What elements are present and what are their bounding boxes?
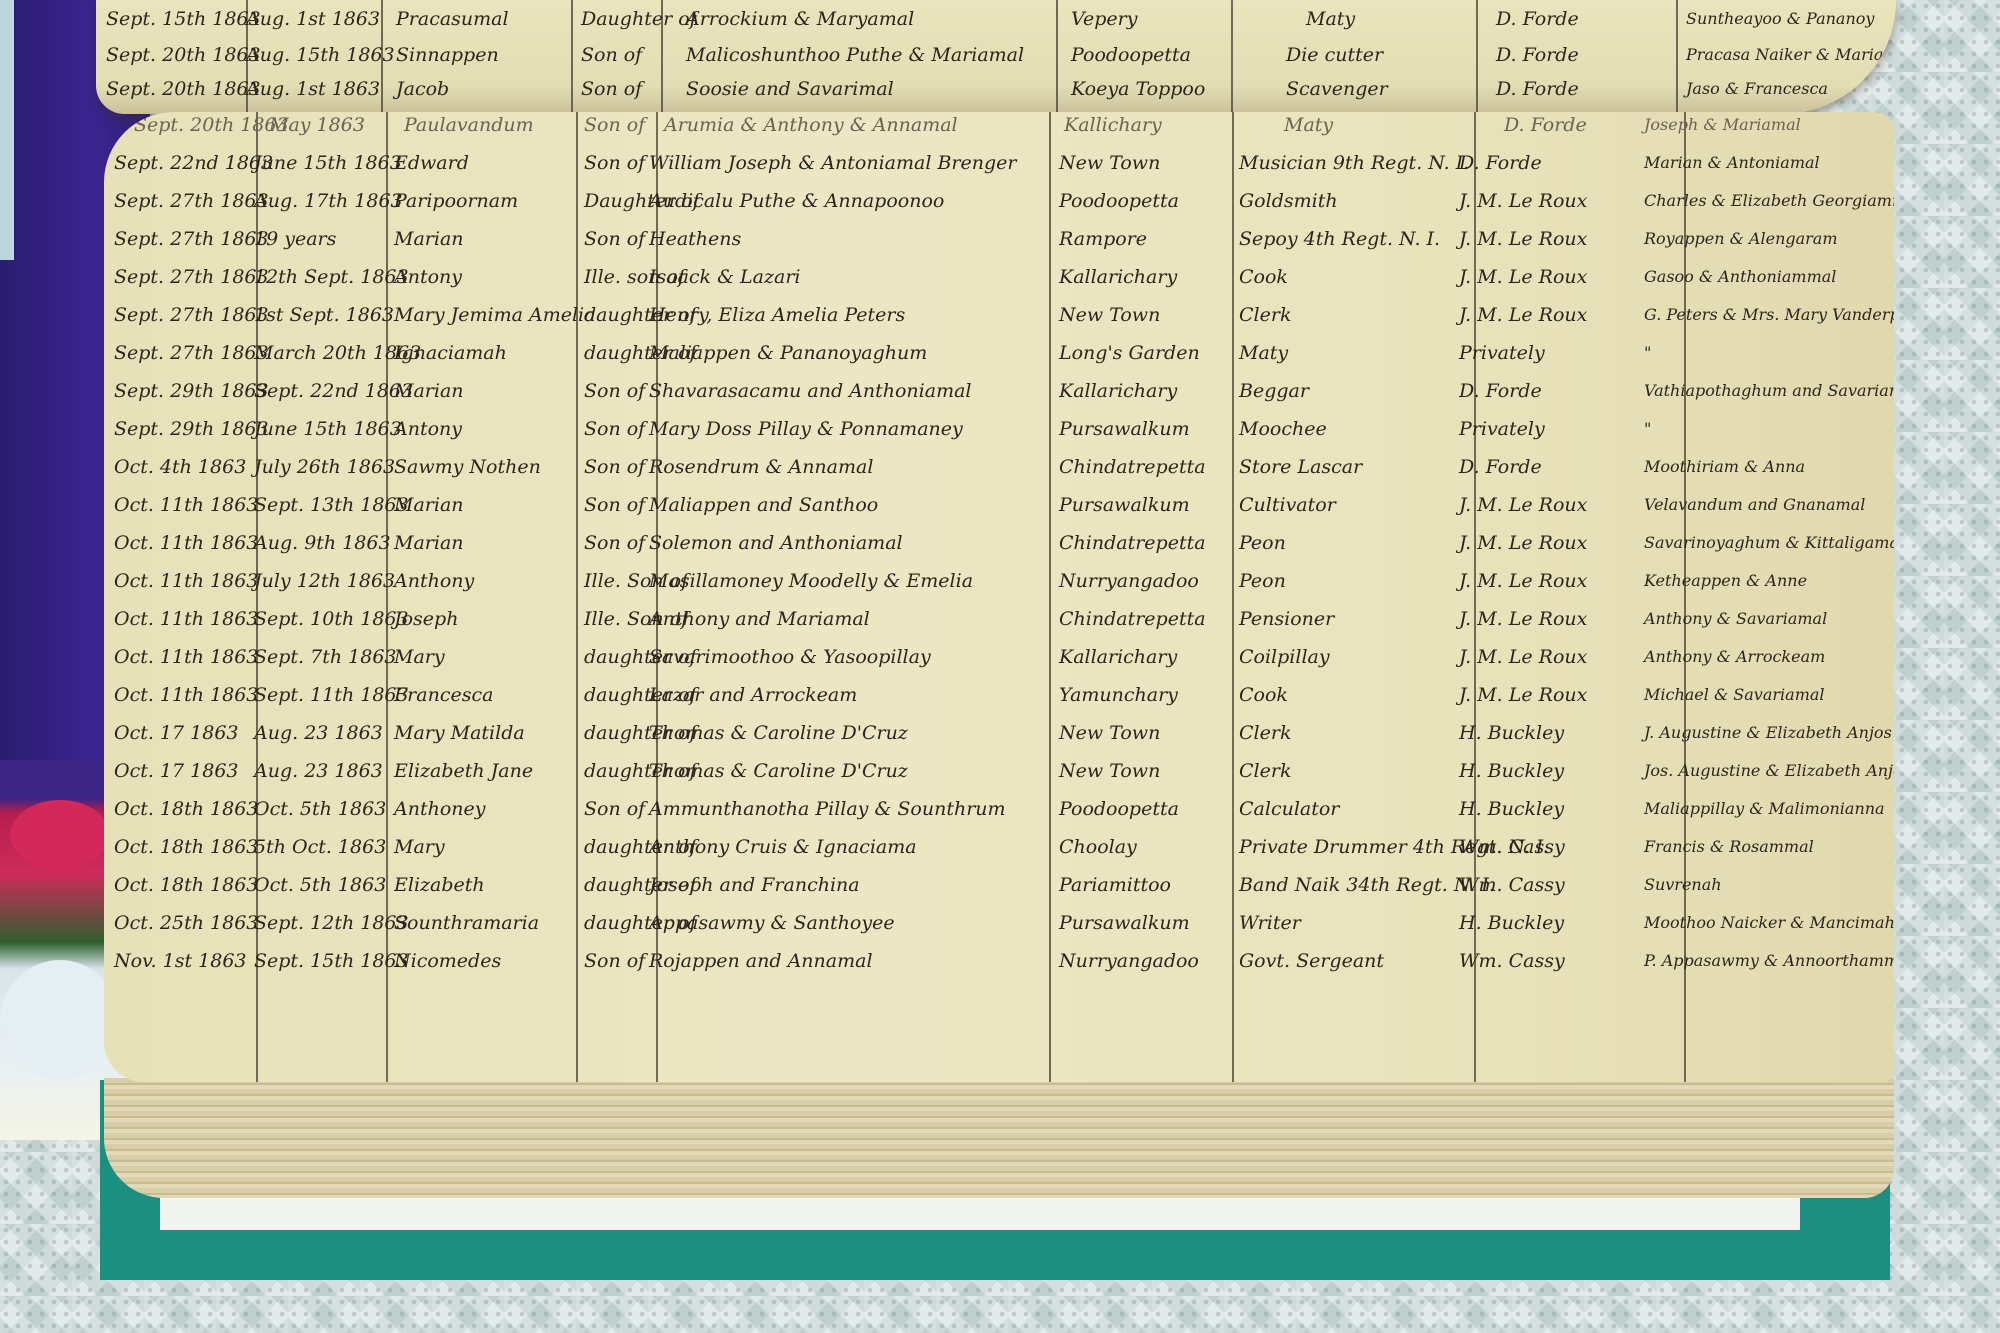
minister: J. M. Le Roux [1459,260,1587,294]
parents-names: Solemon and Anthoniamal [649,526,903,560]
abode: Poodoopetta [1059,184,1179,218]
baptism-date: Sept. 20th 1863 [106,72,261,106]
sponsors: Jaso & Francesca [1686,72,1828,106]
abode: Chindatrepetta [1059,450,1206,484]
baptism-date: Oct. 17 1863 [114,754,239,788]
parents-names: Isaack & Lazari [649,260,801,294]
abode: Choolay [1059,830,1137,864]
pink-flower-icon [10,800,110,870]
baptism-date: Oct. 11th 1863 [114,640,258,674]
trade: Coilpillay [1239,640,1330,674]
register-row: Sept. 20th 1863 Aug. 15th 1863 Sinnappen… [96,38,1896,72]
child-name: Joseph [394,602,458,636]
child-name: Mary Jemima Amelia [394,298,595,332]
relation: Daughter of [581,2,697,36]
sponsors: " [1644,412,1651,446]
relation: Son of [584,944,645,978]
minister: H. Buckley [1459,716,1564,750]
parents-names: Malicoshunthoo Puthe & Mariamal [686,38,1024,72]
sponsors: Suvrenah [1644,868,1722,902]
register-row: Oct. 11th 1863 Sept. 10th 1863 Joseph Il… [104,602,1894,636]
register-row: Sept. 20th 1863 Aug. 1st 1863 Jacob Son … [96,72,1896,106]
abode: New Town [1059,754,1160,788]
minister: J. M. Le Roux [1459,298,1587,332]
register-row: Sept. 22nd 1863 June 15th 1863 Edward So… [104,146,1894,180]
baptism-date: Oct. 11th 1863 [114,488,258,522]
register-row: Oct. 11th 1863 Sept. 11th 1863 Francesca… [104,678,1894,712]
relation: Son of [584,412,645,446]
child-name: Ignaciamah [394,336,507,370]
register-row: Oct. 11th 1863 Sept. 7th 1863 Mary daugh… [104,640,1894,674]
minister: J. M. Le Roux [1459,184,1587,218]
parents-names: Ammunthanotha Pillay & Sounthrum [649,792,1006,826]
abode: Kallichary [1064,112,1162,142]
baptism-date: Oct. 11th 1863 [114,564,258,598]
baptism-date: Oct. 17 1863 [114,716,239,750]
register-row: Sept. 27th 1863 Aug. 17th 1863 Paripoorn… [104,184,1894,218]
minister: Privately [1459,336,1545,370]
parents-names: Shavarasacamu and Anthoniamal [649,374,972,408]
baptism-date: Sept. 27th 1863 [114,298,269,332]
book-page-edges [104,1078,1894,1198]
minister: J. M. Le Roux [1459,640,1587,674]
child-name: Elizabeth [394,868,485,902]
minister: D. Forde [1504,112,1587,142]
parents-names: Mary Doss Pillay & Ponnamaney [649,412,963,446]
register-row: Oct. 11th 1863 Aug. 9th 1863 Marian Son … [104,526,1894,560]
white-flower-icon [0,960,120,1080]
child-name: Francesca [394,678,493,712]
birth-date: Aug. 17th 1863 [254,184,403,218]
child-name: Sounthramaria [394,906,539,940]
birth-date: 19 years [254,222,336,256]
abode: Yamunchary [1059,678,1178,712]
register-row: Oct. 11th 1863 July 12th 1863 Anthony Il… [104,564,1894,598]
baptism-date: Oct. 4th 1863 [114,450,246,484]
baptism-date: Sept. 29th 1863 [114,374,269,408]
sponsors: Joseph & Mariamal [1644,112,1801,142]
sponsors: Royappen & Alengaram [1644,222,1838,256]
trade: Calculator [1239,792,1339,826]
minister: Wm. Cassy [1459,868,1565,902]
sponsors: Savarinoyaghum & Kittaligamal [1644,526,1894,560]
trade: Writer [1239,906,1301,940]
minister: J. M. Le Roux [1459,526,1587,560]
sponsors: P. Appasawmy & Annoorthammal [1644,944,1894,978]
relation: Son of [584,112,645,142]
child-name: Sinnappen [396,38,499,72]
sponsors: Pracasa Naiker & Mariamal [1686,38,1896,72]
child-name: Paulavandum [404,112,534,142]
light-blue-edge [0,0,14,260]
sponsors: Ketheappen & Anne [1644,564,1807,598]
trade: Cook [1239,260,1288,294]
relation: Son of [584,450,645,484]
birth-date: 12th Sept. 1863 [254,260,409,294]
minister: Wm. Cassy [1459,944,1565,978]
relation: Son of [584,222,645,256]
child-name: Mary [394,830,445,864]
minister: J. M. Le Roux [1459,678,1587,712]
abode: Nurryangadoo [1059,564,1199,598]
birth-date: Sept. 11th 1863 [254,678,409,712]
trade: Scavenger [1286,72,1388,106]
register-row: Oct. 4th 1863 July 26th 1863 Sawmy Nothe… [104,450,1894,484]
birth-date: Aug. 1st 1863 [246,2,380,36]
abode: Kallarichary [1059,374,1177,408]
relation: Son of [584,488,645,522]
register-row: Oct. 17 1863 Aug. 23 1863 Mary Matilda d… [104,716,1894,750]
parents-names: Henry, Eliza Amelia Peters [649,298,905,332]
baptism-date: Sept. 20th 1863 [106,38,261,72]
register-row: Oct. 18th 1863 5th Oct. 1863 Mary daught… [104,830,1894,864]
trade: Clerk [1239,298,1291,332]
parents-names: Thomas & Caroline D'Cruz [649,716,908,750]
baptism-date: Oct. 11th 1863 [114,526,258,560]
abode: Nurryangadoo [1059,944,1199,978]
sponsors: Gasoo & Anthoniammal [1644,260,1836,294]
register-row: Sept. 29th 1863 June 15th 1863 Antony So… [104,412,1894,446]
sponsors: Velavandum and Gnanamal [1644,488,1865,522]
register-row: Oct. 17 1863 Aug. 23 1863 Elizabeth Jane… [104,754,1894,788]
sponsors: Moothoo Naicker & Mancimah [1644,906,1894,940]
sponsors: Anthony & Savariamal [1644,602,1827,636]
birth-date: June 15th 1863 [254,146,402,180]
trade: Cultivator [1239,488,1336,522]
trade: Musician 9th Regt. N. I. [1239,146,1469,180]
trade: Band Naik 34th Regt. N. I. [1239,868,1495,902]
trade: Moochee [1239,412,1327,446]
birth-date: Sept. 22nd 1863 [254,374,413,408]
parents-names: Arrockium & Maryamal [686,2,914,36]
sponsors: Michael & Savariamal [1644,678,1825,712]
birth-date: 5th Oct. 1863 [254,830,386,864]
sponsors: Maliappillay & Malimonianna [1644,792,1885,826]
minister: H. Buckley [1459,792,1564,826]
trade: Store Lascar [1239,450,1362,484]
abode: Poodoopetta [1071,38,1191,72]
parents-names: Anthony and Mariamal [649,602,870,636]
sponsors: Moothiriam & Anna [1644,450,1805,484]
baptism-date: Oct. 18th 1863 [114,868,258,902]
relation: Son of [581,38,642,72]
trade: Peon [1239,526,1286,560]
parents-names: Anthony Cruis & Ignaciama [649,830,917,864]
abode: New Town [1059,716,1160,750]
parents-names: Maliappen and Santhoo [649,488,878,522]
trade: Maty [1306,2,1355,36]
parents-names: Arumia & Anthony & Annamal [664,112,958,142]
trade: Goldsmith [1239,184,1338,218]
sponsors: J. Augustine & Elizabeth Anjos [1644,716,1892,750]
minister: D. Forde [1459,374,1542,408]
parents-names: Masillamoney Moodelly & Emelia [649,564,973,598]
minister: J. M. Le Roux [1459,488,1587,522]
child-name: Marian [394,526,464,560]
child-name: Antony [394,260,462,294]
trade: Clerk [1239,716,1291,750]
abode: Poodoopetta [1059,792,1179,826]
parents-names: Savarimoothoo & Yasoopillay [649,640,931,674]
birth-date: Sept. 10th 1863 [254,602,409,636]
birth-date: Sept. 7th 1863 [254,640,397,674]
sponsors: Charles & Elizabeth Georgiammah Hams [1644,184,1894,218]
child-name: Anthony [394,564,474,598]
abode: Pariamittoo [1059,868,1171,902]
child-name: Marian [394,488,464,522]
trade: Pensioner [1239,602,1334,636]
baptism-date: Sept. 27th 1863 [114,260,269,294]
minister: D. Forde [1496,38,1579,72]
minister: J. M. Le Roux [1459,602,1587,636]
minister: Privately [1459,412,1545,446]
abode: Chindatrepetta [1059,602,1206,636]
birth-date: Sept. 13th 1863 [254,488,409,522]
sponsors: Jos. Augustine & Elizabeth Anjos [1644,754,1894,788]
parents-names: Appasawmy & Santhoyee [649,906,895,940]
birth-date: Sept. 12th 1863 [254,906,409,940]
parents-names: Soosie and Savarimal [686,72,894,106]
register-row: Sept. 27th 1863 19 years Marian Son of H… [104,222,1894,256]
child-name: Nicomedes [394,944,501,978]
baptism-date: Nov. 1st 1863 [114,944,247,978]
child-name: Paripoornam [394,184,518,218]
baptism-date: Oct. 11th 1863 [114,602,258,636]
parents-names: Lazar and Arrockeam [649,678,857,712]
birth-date: June 15th 1863 [254,412,402,446]
birth-date: 1st Sept. 1863 [254,298,394,332]
baptism-date: Sept. 27th 1863 [114,336,269,370]
minister: H. Buckley [1459,906,1564,940]
trade: Beggar [1239,374,1309,408]
sponsors: Marian & Antoniamal [1644,146,1820,180]
register-row: Oct. 25th 1863 Sept. 12th 1863 Sounthram… [104,906,1894,940]
birth-date: Oct. 5th 1863 [254,868,386,902]
abode: New Town [1059,298,1160,332]
register-row: Oct. 18th 1863 Oct. 5th 1863 Elizabeth d… [104,868,1894,902]
parents-names: William Joseph & Antoniamal Brenger [649,146,1016,180]
baptism-date: Oct. 25th 1863 [114,906,258,940]
baptism-date: Oct. 18th 1863 [114,830,258,864]
birth-date: July 26th 1863 [254,450,395,484]
child-name: Sawmy Nothen [394,450,541,484]
birth-date: Aug. 1st 1863 [246,72,380,106]
birth-date: Sept. 15th 1863 [254,944,409,978]
parents-names: Rojappen and Annamal [649,944,873,978]
sponsors: Suntheayoo & Pananoy [1686,2,1874,36]
abode: Rampore [1059,222,1147,256]
baptism-date: Sept. 15th 1863 [106,2,261,36]
parents-names: Rosendrum & Annamal [649,450,873,484]
upper-page: Sept. 15th 1863 Aug. 1st 1863 Pracasumal… [96,0,1896,114]
trade: Govt. Sergeant [1239,944,1384,978]
minister: Wm. Cassy [1459,830,1565,864]
abode: New Town [1059,146,1160,180]
parents-names: Audicalu Puthe & Annapoonoo [649,184,944,218]
relation: Son of [584,792,645,826]
child-name: Anthoney [394,792,485,826]
relation: Son of [584,374,645,408]
sponsors: Francis & Rosammal [1644,830,1814,864]
minister: J. M. Le Roux [1459,222,1587,256]
minister: D. Forde [1459,146,1542,180]
trade: Peon [1239,564,1286,598]
relation: Son of [584,146,645,180]
relation: Son of [581,72,642,106]
lower-page: Sept. 20th 1863 May 1863 Paulavandum Son… [104,112,1894,1082]
child-name: Mary Matilda [394,716,525,750]
register-row: Oct. 11th 1863 Sept. 13th 1863 Marian So… [104,488,1894,522]
baptism-date: Sept. 27th 1863 [114,184,269,218]
relation: Son of [584,526,645,560]
trade: Maty [1284,112,1333,142]
minister: D. Forde [1496,72,1579,106]
abode: Vepery [1071,2,1137,36]
parents-names: Maliappen & Pananoyaghum [649,336,927,370]
abode: Chindatrepetta [1059,526,1206,560]
child-name: Pracasumal [396,2,509,36]
abode: Pursawalkum [1059,412,1190,446]
sponsors: " [1644,336,1651,370]
trade: Clerk [1239,754,1291,788]
abode: Pursawalkum [1059,488,1190,522]
baptism-date: Oct. 11th 1863 [114,678,258,712]
birth-date: Aug. 9th 1863 [254,526,391,560]
minister: H. Buckley [1459,754,1564,788]
register-row: Oct. 18th 1863 Oct. 5th 1863 Anthoney So… [104,792,1894,826]
sponsors: Vathiapothaghum and Savariamal [1644,374,1894,408]
child-name: Mary [394,640,445,674]
birth-date: Aug. 23 1863 [254,754,383,788]
birth-date: Oct. 5th 1863 [254,792,386,826]
baptism-date: Sept. 29th 1863 [114,412,269,446]
trade: Cook [1239,678,1288,712]
baptism-date: Oct. 18th 1863 [114,792,258,826]
minister: J. M. Le Roux [1459,564,1587,598]
trade: Maty [1239,336,1288,370]
child-name: Edward [394,146,469,180]
register-row-faint: Sept. 20th 1863 May 1863 Paulavandum Son… [104,112,1894,142]
parents-names: Joseph and Franchina [649,868,860,902]
register-row: Sept. 29th 1863 Sept. 22nd 1863 Marian S… [104,374,1894,408]
baptism-date: Sept. 27th 1863 [114,222,269,256]
register-row: Sept. 27th 1863 1st Sept. 1863 Mary Jemi… [104,298,1894,332]
abode: Long's Garden [1059,336,1200,370]
parents-names: Heathens [649,222,741,256]
sponsors: Anthony & Arrockeam [1644,640,1825,674]
abode: Koeya Toppoo [1071,72,1205,106]
child-name: Antony [394,412,462,446]
abode: Kallarichary [1059,260,1177,294]
minister: D. Forde [1459,450,1542,484]
birth-date: Aug. 23 1863 [254,716,383,750]
trade: Die cutter [1286,38,1383,72]
parents-names: Thomas & Caroline D'Cruz [649,754,908,788]
register-row: Nov. 1st 1863 Sept. 15th 1863 Nicomedes … [104,944,1894,978]
birth-date: May 1863 [269,112,365,142]
baptism-date: Sept. 20th 1863 [134,112,289,142]
register-row: Sept. 15th 1863 Aug. 1st 1863 Pracasumal… [96,2,1896,36]
abode: Kallarichary [1059,640,1177,674]
register-row: Sept. 27th 1863 12th Sept. 1863 Antony I… [104,260,1894,294]
child-name: Elizabeth Jane [394,754,533,788]
child-name: Marian [394,374,464,408]
trade: Sepoy 4th Regt. N. I. [1239,222,1440,256]
birth-date: July 12th 1863 [254,564,395,598]
register-row: Sept. 27th 1863 March 20th 1863 Ignaciam… [104,336,1894,370]
minister: D. Forde [1496,2,1579,36]
baptism-date: Sept. 22nd 1863 [114,146,273,180]
birth-date: Aug. 15th 1863 [246,38,395,72]
child-name: Jacob [396,72,449,106]
abode: Pursawalkum [1059,906,1190,940]
child-name: Marian [394,222,464,256]
sponsors: G. Peters & Mrs. Mary Vanderputt [1644,298,1894,332]
